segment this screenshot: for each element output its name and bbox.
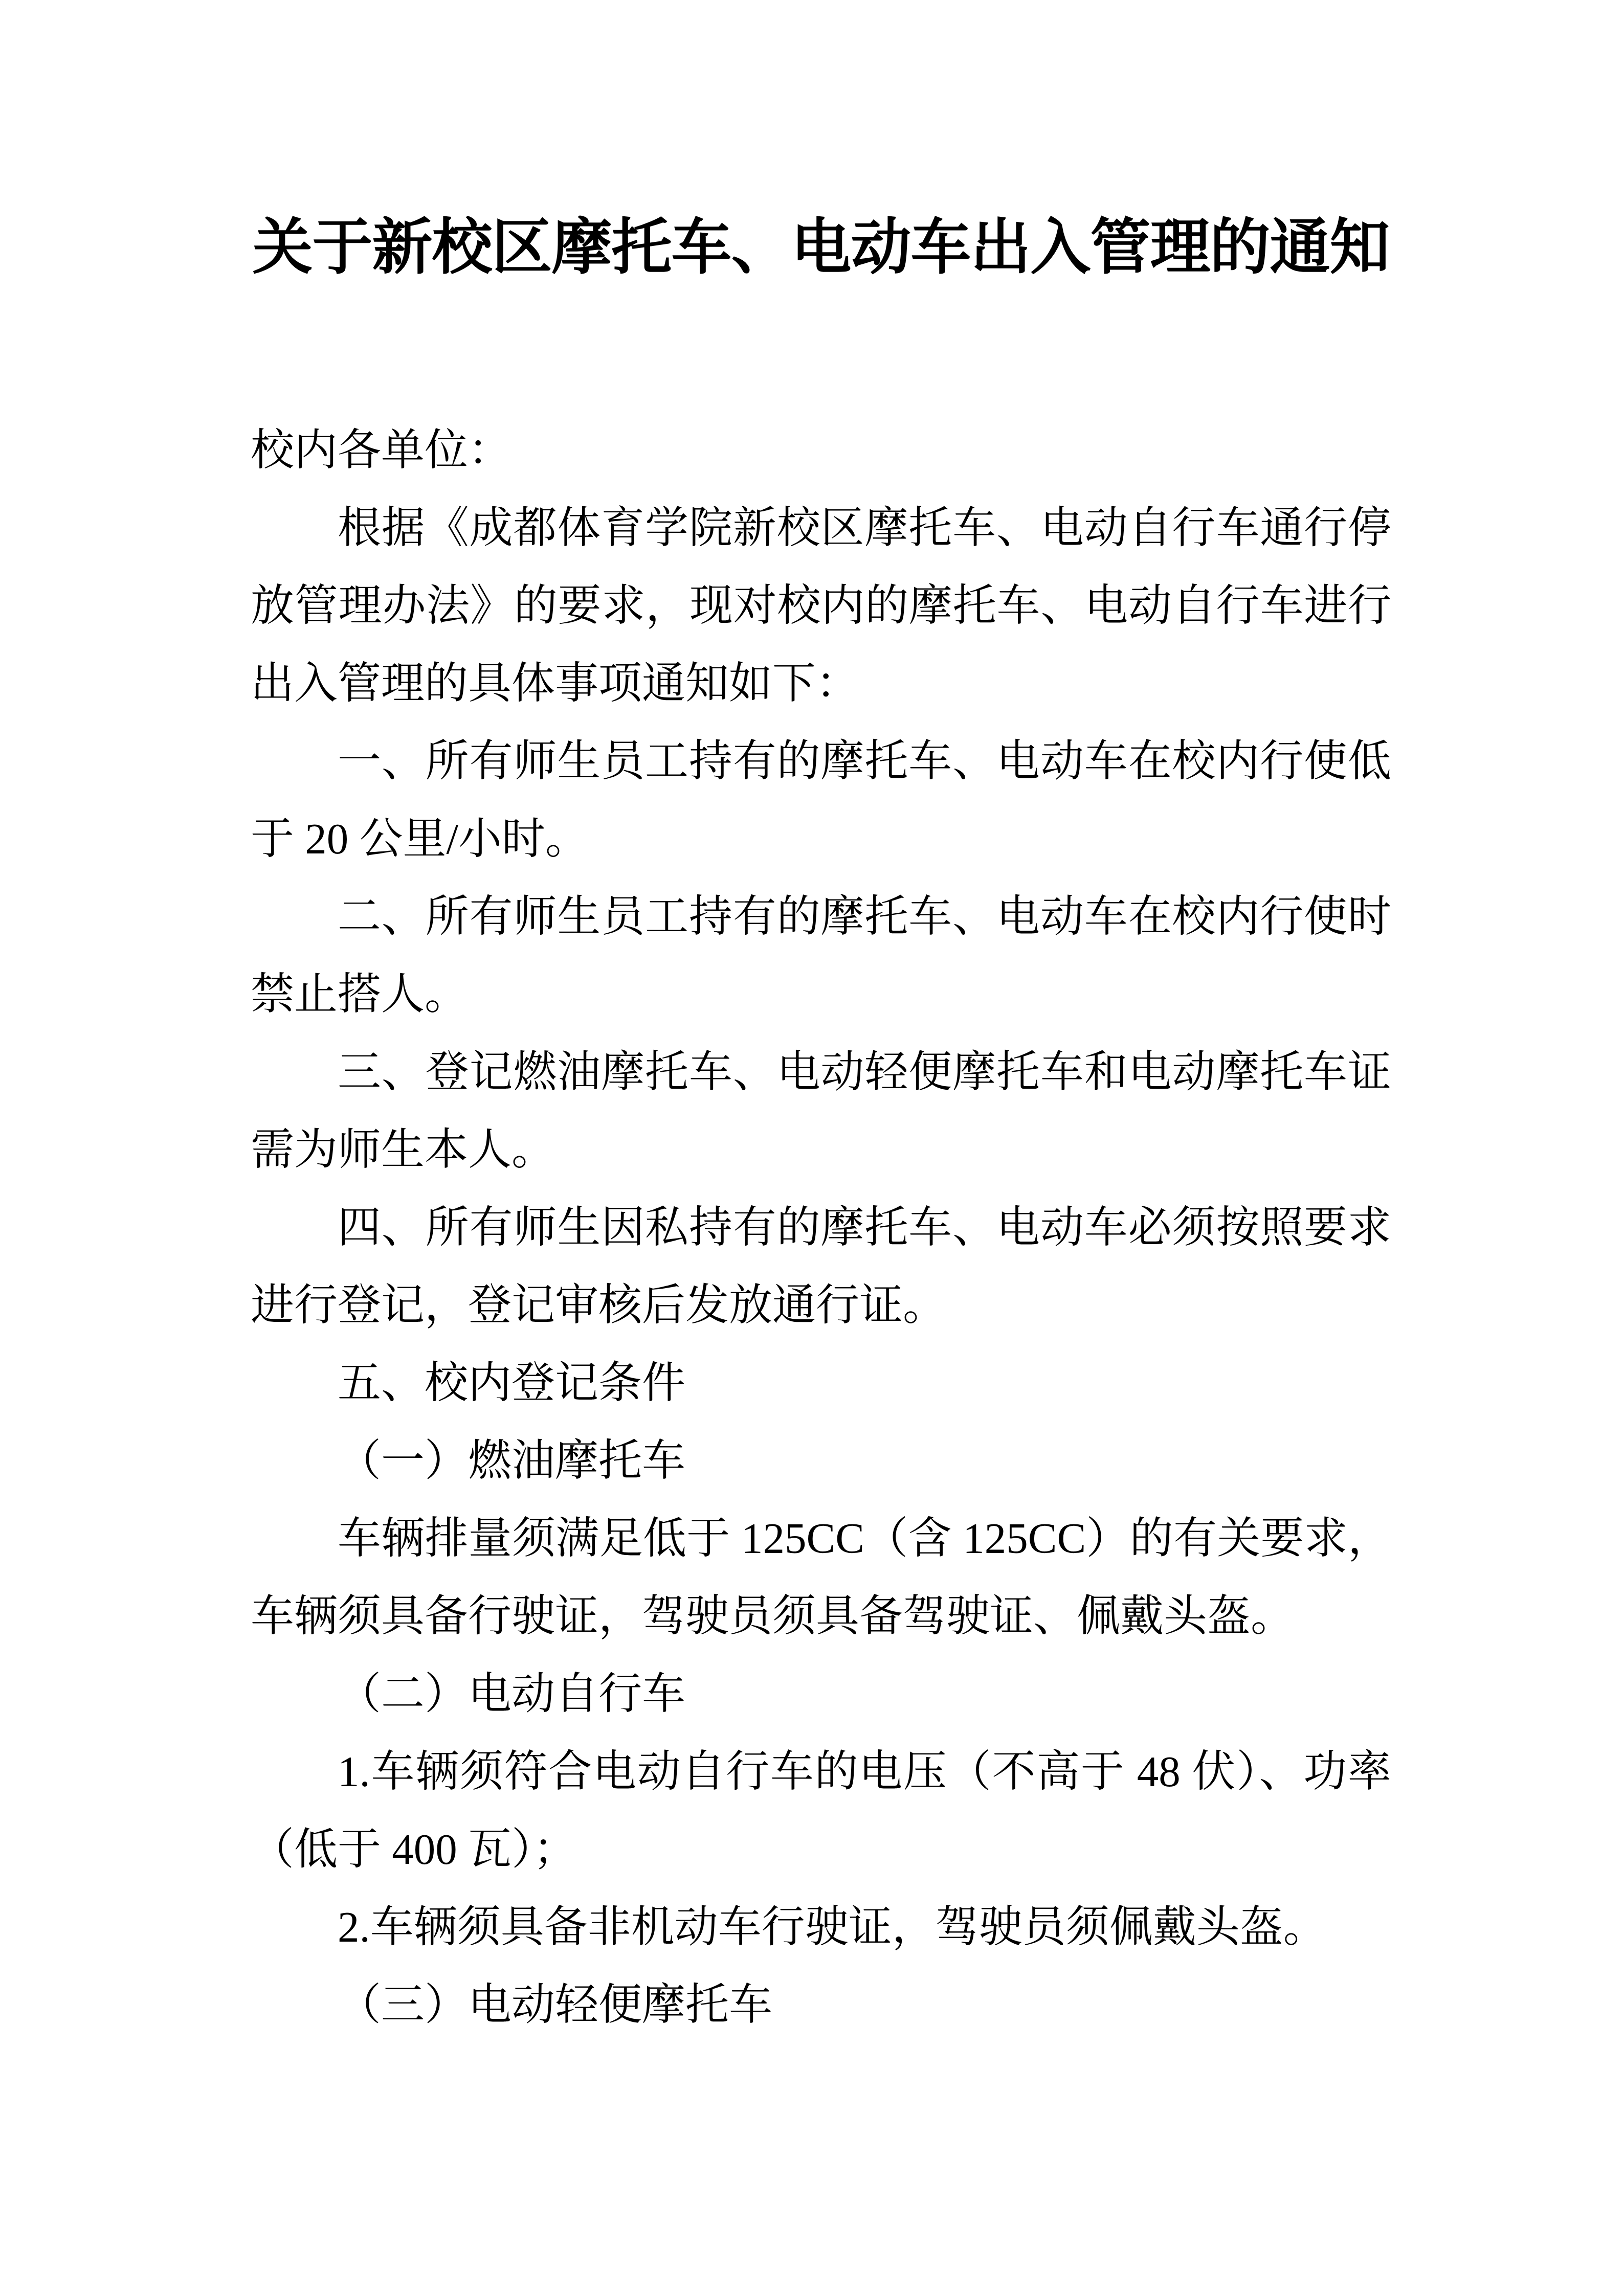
- item-three-registration-owner: 三、登记燃油摩托车、电动轻便摩托车和电动摩托车证需为师生本人。: [251, 1033, 1391, 1189]
- document-body: 校内各单位： 根据《成都体育学院新校区摩托车、电动自行车通行停放管理办法》的要求…: [251, 412, 1391, 2044]
- electric-bicycle-requirement-1: 1.车辆须符合电动自行车的电压（不高于 48 伏）、功率（低于 400 瓦）；: [251, 1733, 1391, 1888]
- intro-paragraph: 根据《成都体育学院新校区摩托车、电动自行车通行停放管理办法》的要求，现对校内的摩…: [251, 489, 1391, 723]
- sub-item-electric-bicycle-heading: （二）电动自行车: [251, 1655, 1391, 1733]
- item-five-registration-conditions: 五、校内登记条件: [251, 1344, 1391, 1422]
- item-one-speed-limit: 一、所有师生员工持有的摩托车、电动车在校内行使低于 20 公里/小时。: [251, 723, 1391, 878]
- item-two-no-passengers: 二、所有师生员工持有的摩托车、电动车在校内行使时禁止搭人。: [251, 878, 1391, 1033]
- item-four-registration-pass: 四、所有师生因私持有的摩托车、电动车必须按照要求进行登记，登记审核后发放通行证。: [251, 1189, 1391, 1344]
- salutation: 校内各单位：: [251, 412, 1391, 489]
- sub-item-fuel-motorcycle-heading: （一）燃油摩托车: [251, 1422, 1391, 1500]
- document-page: 关于新校区摩托车、电动车出入管理的通知 校内各单位： 根据《成都体育学院新校区摩…: [0, 0, 1624, 2296]
- sub-item-electric-moped-heading: （三）电动轻便摩托车: [251, 1966, 1391, 2044]
- fuel-motorcycle-requirements: 车辆排量须满足低于 125CC（含 125CC）的有关要求，车辆须具备行驶证，驾…: [251, 1500, 1391, 1655]
- document-title: 关于新校区摩托车、电动车出入管理的通知: [251, 205, 1391, 291]
- electric-bicycle-requirement-2: 2.车辆须具备非机动车行驶证，驾驶员须佩戴头盔。: [251, 1888, 1391, 1966]
